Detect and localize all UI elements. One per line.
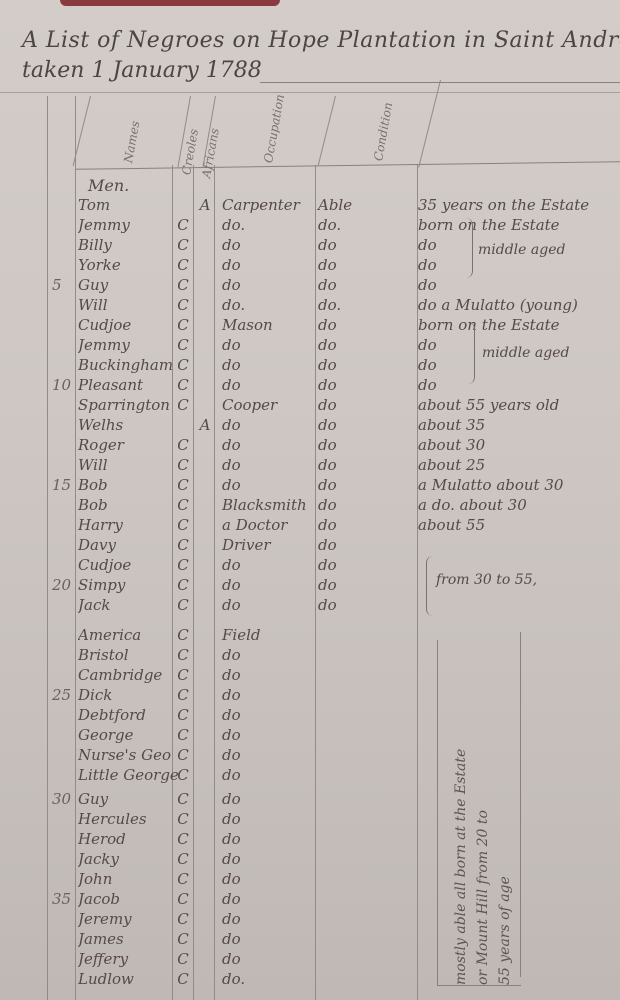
row-name: Herod <box>78 830 178 848</box>
row-name: James <box>78 930 178 948</box>
row-occupation: do. <box>222 296 312 314</box>
row-name: Hercules <box>78 810 178 828</box>
row-creole-mark: C <box>176 790 190 808</box>
row-creole-mark: C <box>176 376 190 394</box>
row-creole-mark: C <box>176 396 190 414</box>
row-number: 5 <box>52 276 80 294</box>
row-occupation: do <box>222 830 312 848</box>
row-name: Yorke <box>78 256 178 274</box>
row-name: Will <box>78 456 178 474</box>
row-remarks: born on the Estate <box>418 216 618 234</box>
row-creole-mark: C <box>176 436 190 454</box>
row-name: Tom <box>78 196 178 214</box>
row-occupation: Cooper <box>222 396 312 414</box>
row-occupation: do <box>222 706 312 724</box>
row-name: Nurse's Geo <box>78 746 178 764</box>
row-creole-mark: C <box>176 970 190 988</box>
ledger-row: JefferyCdo <box>0 950 620 970</box>
row-creole-mark: C <box>176 536 190 554</box>
row-name: Cambridge <box>78 666 178 684</box>
row-condition: do. <box>318 296 378 314</box>
ledger-row: TomACarpenterAble35 years on the Estate <box>0 196 620 216</box>
row-remarks: do <box>418 376 618 394</box>
row-name: Cudjoe <box>78 556 178 574</box>
row-condition: do <box>318 396 378 414</box>
row-name: Davy <box>78 536 178 554</box>
ledger-row: JamesCdo <box>0 930 620 950</box>
ledger-row: JohnCdo <box>0 870 620 890</box>
row-creole-mark: C <box>176 666 190 684</box>
row-occupation: do <box>222 276 312 294</box>
vertical-note-line-3: 55 years of age <box>494 749 516 985</box>
row-occupation: do <box>222 336 312 354</box>
row-occupation: Mason <box>222 316 312 334</box>
row-name: Guy <box>78 790 178 808</box>
ledger-row: JemmyCdo.do.born on the Estate <box>0 216 620 236</box>
row-condition: do <box>318 236 378 254</box>
ledger-row: 30GuyCdo <box>0 790 620 810</box>
row-occupation: do <box>222 256 312 274</box>
row-remarks: do <box>418 256 618 274</box>
brace-note-middle-aged-2: middle aged <box>482 345 569 361</box>
row-name: John <box>78 870 178 888</box>
row-creole-mark: C <box>176 576 190 594</box>
row-name: Jemmy <box>78 216 178 234</box>
row-name: George <box>78 726 178 744</box>
row-creole-mark: C <box>176 596 190 614</box>
row-remarks: born on the Estate <box>418 316 618 334</box>
row-condition: do <box>318 556 378 574</box>
row-occupation: do <box>222 436 312 454</box>
row-name: Jeffery <box>78 950 178 968</box>
row-african-mark: A <box>198 416 212 434</box>
row-occupation: do <box>222 596 312 614</box>
row-name: Cudjoe <box>78 316 178 334</box>
row-name: Jemmy <box>78 336 178 354</box>
row-creole-mark: C <box>176 850 190 868</box>
row-creole-mark: C <box>176 236 190 254</box>
row-creole-mark: C <box>176 556 190 574</box>
row-occupation: do <box>222 236 312 254</box>
row-creole-mark: C <box>176 336 190 354</box>
row-condition: do <box>318 316 378 334</box>
row-creole-mark: C <box>176 456 190 474</box>
row-name: Jeremy <box>78 910 178 928</box>
row-occupation: do <box>222 556 312 574</box>
brace-age-range <box>426 556 433 616</box>
row-creole-mark: C <box>176 810 190 828</box>
row-condition: do <box>318 476 378 494</box>
row-condition: do <box>318 276 378 294</box>
row-occupation: do <box>222 746 312 764</box>
row-creole-mark: C <box>176 276 190 294</box>
vertical-note-line-1: mostly able all born at the Estate <box>450 749 472 985</box>
row-creole-mark: C <box>176 626 190 644</box>
row-condition: do <box>318 496 378 514</box>
row-name: Billy <box>78 236 178 254</box>
row-occupation: do <box>222 726 312 744</box>
row-occupation: do <box>222 456 312 474</box>
note-box-bottom <box>437 985 521 986</box>
ledger-row: DavyCDriverdo <box>0 536 620 556</box>
row-condition: do <box>318 376 378 394</box>
brace-note-middle-aged-1: middle aged <box>478 242 565 258</box>
row-occupation: do <box>222 356 312 374</box>
row-creole-mark: C <box>176 726 190 744</box>
row-occupation: do <box>222 686 312 704</box>
row-condition: do <box>318 576 378 594</box>
ledger-row: GeorgeCdo <box>0 726 620 746</box>
ledger-row: 15BobCdodoa Mulatto about 30 <box>0 476 620 496</box>
ledger-row: HerculesCdo <box>0 810 620 830</box>
row-creole-mark: C <box>176 256 190 274</box>
row-remarks: about 25 <box>418 456 618 474</box>
manuscript-page: A List of Negroes on Hope Plantation in … <box>0 0 620 1000</box>
row-creole-mark: C <box>176 356 190 374</box>
row-creole-mark: C <box>176 516 190 534</box>
row-condition: do <box>318 356 378 374</box>
row-name: Harry <box>78 516 178 534</box>
row-condition: do <box>318 516 378 534</box>
ledger-row: JackCdodo <box>0 596 620 616</box>
row-condition: do <box>318 456 378 474</box>
row-creole-mark: C <box>176 216 190 234</box>
ledger-row: YorkeCdododo <box>0 256 620 276</box>
ledger-row: 25DickCdo <box>0 686 620 706</box>
row-remarks: a do. about 30 <box>418 496 618 514</box>
row-remarks: about 35 <box>418 416 618 434</box>
note-box-right <box>520 632 521 977</box>
row-name: Sparrington <box>78 396 178 414</box>
ledger-row: RogerCdodoabout 30 <box>0 436 620 456</box>
ledger-row: JackyCdo <box>0 850 620 870</box>
row-name: Will <box>78 296 178 314</box>
row-name: Roger <box>78 436 178 454</box>
brace-note-age-range: from 30 to 55, <box>436 572 537 588</box>
row-occupation: do <box>222 666 312 684</box>
row-number: 10 <box>52 376 80 394</box>
row-remarks: about 55 years old <box>418 396 618 414</box>
row-name: Simpy <box>78 576 178 594</box>
header-slant-5 <box>418 80 441 168</box>
row-creole-mark: C <box>176 496 190 514</box>
row-name: Debtford <box>78 706 178 724</box>
note-box-left <box>437 640 438 985</box>
row-occupation: do <box>222 766 312 784</box>
row-condition: do <box>318 436 378 454</box>
row-creole-mark: C <box>176 476 190 494</box>
column-header-africans: Africans <box>199 127 222 179</box>
row-creole-mark: C <box>176 686 190 704</box>
vertical-note-line-2: or Mount Hill from 20 to <box>472 749 494 985</box>
row-remarks: do a Mulatto (young) <box>418 296 618 314</box>
row-occupation: do <box>222 376 312 394</box>
row-creole-mark: C <box>176 646 190 664</box>
row-creole-mark: C <box>176 890 190 908</box>
row-occupation: do <box>222 476 312 494</box>
row-occupation: do <box>222 890 312 908</box>
row-name: Jack <box>78 596 178 614</box>
row-occupation: do. <box>222 970 312 988</box>
header-bottom-rule <box>75 161 620 170</box>
header-top-rule <box>0 92 620 93</box>
ledger-row: WelhsAdodoabout 35 <box>0 416 620 436</box>
row-name: Little George <box>78 766 178 784</box>
red-binding-edge <box>60 0 280 6</box>
ledger-row: CudjoeCMasondoborn on the Estate <box>0 316 620 336</box>
ledger-row: Nurse's GeoCdo <box>0 746 620 766</box>
row-occupation: do <box>222 930 312 948</box>
row-creole-mark: C <box>176 766 190 784</box>
ledger-row: SparringtonCCooperdoabout 55 years old <box>0 396 620 416</box>
row-occupation: do <box>222 950 312 968</box>
row-name: Guy <box>78 276 178 294</box>
row-creole-mark: C <box>176 296 190 314</box>
row-remarks: about 30 <box>418 436 618 454</box>
row-name: Welhs <box>78 416 178 434</box>
row-occupation: do. <box>222 216 312 234</box>
row-remarks: do <box>418 276 618 294</box>
ledger-row: JeremyCdo <box>0 910 620 930</box>
row-name: Ludlow <box>78 970 178 988</box>
row-occupation: Carpenter <box>222 196 312 214</box>
row-name: Jacob <box>78 890 178 908</box>
row-creole-mark: C <box>176 910 190 928</box>
row-condition: Able <box>318 196 378 214</box>
row-condition: do <box>318 416 378 434</box>
row-name: Pleasant <box>78 376 178 394</box>
header-slant-4 <box>318 96 336 166</box>
row-name: Jacky <box>78 850 178 868</box>
row-creole-mark: C <box>176 706 190 724</box>
column-header-occupation: Occupation <box>261 93 287 164</box>
row-occupation: Field <box>222 626 312 644</box>
row-occupation: a Doctor <box>222 516 312 534</box>
row-occupation: do <box>222 850 312 868</box>
ledger-row: 35JacobCdo <box>0 890 620 910</box>
ledger-row: HerodCdo <box>0 830 620 850</box>
row-number: 25 <box>52 686 80 704</box>
row-occupation: do <box>222 646 312 664</box>
row-condition: do <box>318 596 378 614</box>
ledger-row: DebtfordCdo <box>0 706 620 726</box>
ledger-row: Little GeorgeCdo <box>0 766 620 786</box>
column-header-condition: Condition <box>371 101 395 162</box>
row-name: Buckingham <box>78 356 178 374</box>
row-remarks: about 55 <box>418 516 618 534</box>
row-creole-mark: C <box>176 746 190 764</box>
ledger-row: 5GuyCdododo <box>0 276 620 296</box>
document-title: A List of Negroes on Hope Plantation in … <box>22 28 620 53</box>
ledger-row: CambridgeCdo <box>0 666 620 686</box>
row-creole-mark: C <box>176 870 190 888</box>
row-occupation: Driver <box>222 536 312 554</box>
row-occupation: do <box>222 576 312 594</box>
row-creole-mark: C <box>176 830 190 848</box>
row-number: 20 <box>52 576 80 594</box>
ledger-row: WillCdo.do.do a Mulatto (young) <box>0 296 620 316</box>
row-creole-mark: C <box>176 930 190 948</box>
row-name: Bob <box>78 476 178 494</box>
brace-middle-aged-1 <box>466 218 473 278</box>
row-number: 35 <box>52 890 80 908</box>
row-number: 30 <box>52 790 80 808</box>
row-condition: do. <box>318 216 378 234</box>
row-occupation: do <box>222 810 312 828</box>
column-header-names: Names <box>121 120 142 164</box>
vertical-note: mostly able all born at the Estate or Mo… <box>450 749 516 985</box>
row-condition: do <box>318 336 378 354</box>
row-occupation: Blacksmith <box>222 496 312 514</box>
row-african-mark: A <box>198 196 212 214</box>
ledger-row: AmericaCField <box>0 626 620 646</box>
row-name: America <box>78 626 178 644</box>
row-occupation: do <box>222 790 312 808</box>
row-remarks: 35 years on the Estate <box>418 196 618 214</box>
section-label-men: Men. <box>88 176 129 195</box>
row-name: Dick <box>78 686 178 704</box>
ledger-row: WillCdodoabout 25 <box>0 456 620 476</box>
row-number: 15 <box>52 476 80 494</box>
row-name: Bob <box>78 496 178 514</box>
ledger-row: HarryCa Doctordoabout 55 <box>0 516 620 536</box>
ledger-row: BristolCdo <box>0 646 620 666</box>
row-occupation: do <box>222 910 312 928</box>
row-condition: do <box>318 256 378 274</box>
row-occupation: do <box>222 416 312 434</box>
ledger-row: BobCBlacksmithdoa do. about 30 <box>0 496 620 516</box>
row-creole-mark: C <box>176 950 190 968</box>
row-condition: do <box>318 536 378 554</box>
ledger-row: 10PleasantCdododo <box>0 376 620 396</box>
row-remarks: a Mulatto about 30 <box>418 476 618 494</box>
row-creole-mark: C <box>176 316 190 334</box>
row-occupation: do <box>222 870 312 888</box>
row-name: Bristol <box>78 646 178 664</box>
brace-middle-aged-2 <box>468 322 475 384</box>
document-subtitle: taken 1 January 1788 <box>22 58 262 83</box>
ledger-row: LudlowCdo. <box>0 970 620 990</box>
